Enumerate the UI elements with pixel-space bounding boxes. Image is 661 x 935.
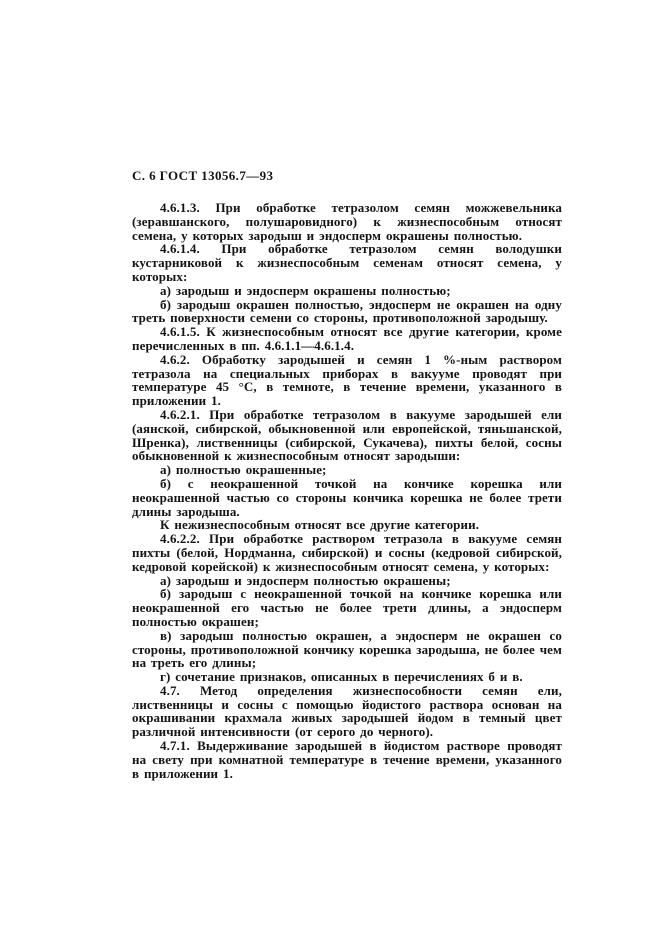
list-item-b: б) зародыш с неокрашенной точкой на конч…	[132, 587, 562, 628]
list-item-b: б) с неокрашенной точкой на кончике коре…	[132, 477, 562, 518]
paragraph-4-6-1-5: 4.6.1.5. К жизнеспособным относят все др…	[132, 325, 562, 353]
paragraph-4-6-2: 4.6.2. Обработку зародышей и семян 1 %-н…	[132, 353, 562, 408]
list-item-a: а) полностью окрашенные;	[132, 463, 562, 477]
paragraph-4-6-2-2: 4.6.2.2. При обработке раствором тетразо…	[132, 532, 562, 573]
paragraph-4-6-1-4: 4.6.1.4. При обработке тетразолом семян …	[132, 242, 562, 283]
list-item-b: б) зародыш окрашен полностью, эндосперм …	[132, 298, 562, 326]
note-paragraph: К нежизнеспособным относят все другие ка…	[132, 518, 562, 532]
page-running-header: С. 6 ГОСТ 13056.7—93	[132, 168, 562, 184]
list-item-a: а) зародыш и эндосперм полностью окрашен…	[132, 574, 562, 588]
document-page: С. 6 ГОСТ 13056.7—93 4.6.1.3. При обрабо…	[0, 0, 661, 935]
paragraph-4-6-1-3: 4.6.1.3. При обработке тетразолом семян …	[132, 201, 562, 242]
paragraph-4-7: 4.7. Метод определения жизнеспособности …	[132, 684, 562, 739]
list-item-g: г) сочетание признаков, описанных в пере…	[132, 670, 562, 684]
list-item-v: в) зародыш полностью окрашен, а эндоспер…	[132, 629, 562, 670]
paragraph-4-7-1: 4.7.1. Выдерживание зародышей в йодистом…	[132, 739, 562, 780]
list-item-a: а) зародыш и эндосперм окрашены полность…	[132, 284, 562, 298]
paragraph-4-6-2-1: 4.6.2.1. При обработке тетразолом в ваку…	[132, 408, 562, 463]
text-block: С. 6 ГОСТ 13056.7—93 4.6.1.3. При обрабо…	[132, 168, 562, 780]
